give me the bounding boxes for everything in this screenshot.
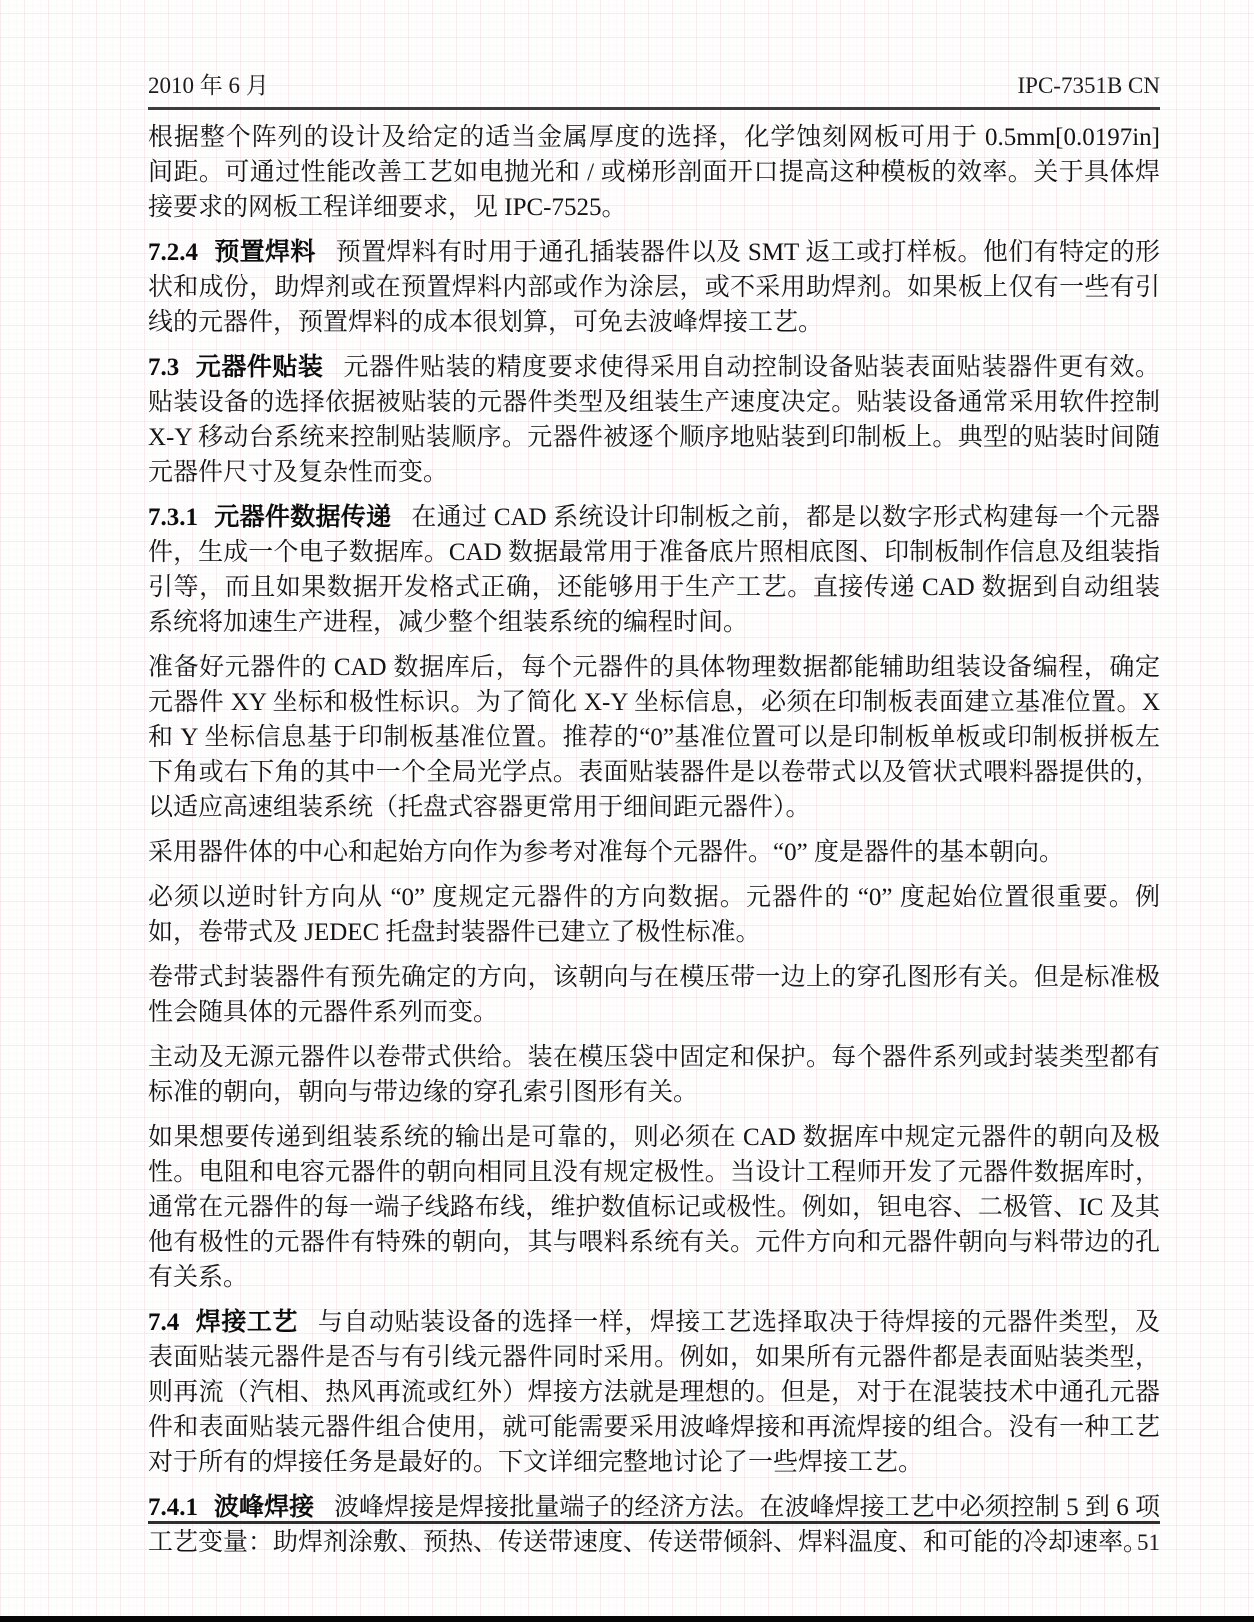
section-7-3: 7.3元器件贴装元器件贴装的精度要求使得采用自动控制设备贴装表面贴装器件更有效。…: [148, 350, 1160, 490]
section-number: 7.4: [148, 1309, 179, 1336]
document-page: 2010 年 6 月 IPC-7351B CN 根据整个阵列的设计及给定的适当金…: [0, 0, 1254, 1622]
paragraph: 主动及无源元器件以卷带式供给。装在模压袋中固定和保护。每个器件系列或封装类型都有…: [148, 1040, 1160, 1110]
section-number: 7.2.4: [148, 239, 198, 266]
paragraph-text: 准备好元器件的 CAD 数据库后，每个元器件的具体物理数据都能辅助组装设备编程，…: [148, 654, 1160, 821]
paragraph-text: 采用器件体的中心和起始方向作为参考对准每个元器件。“0” 度是器件的基本朝向。: [148, 839, 1064, 866]
scan-bottom-edge-bar: [0, 1616, 1254, 1622]
page-header: 2010 年 6 月 IPC-7351B CN: [148, 72, 1160, 100]
paragraph-text: 根据整个阵列的设计及给定的适当金属厚度的选择，化学蚀刻网板可用于 0.5mm[0…: [148, 124, 1160, 221]
paragraph-text: 如果想要传递到组装系统的输出是可靠的，则必须在 CAD 数据库中规定元器件的朝向…: [148, 1124, 1160, 1291]
section-7-2-4: 7.2.4预置焊料预置焊料有时用于通孔插装器件以及 SMT 返工或打样板。他们有…: [148, 235, 1160, 340]
section-title: 元器件数据传递: [214, 504, 391, 531]
section-number: 7.4.1: [148, 1494, 198, 1521]
paragraph: 必须以逆时针方向从 “0” 度规定元器件的方向数据。元器件的 “0” 度起始位置…: [148, 880, 1160, 950]
page-number: 51: [1137, 1530, 1160, 1556]
header-doc-number: IPC-7351B CN: [1018, 72, 1161, 100]
section-7-4-1: 7.4.1波峰焊接波峰焊接是焊接批量端子的经济方法。在波峰焊接工艺中必须控制 5…: [148, 1490, 1160, 1560]
section-title: 波峰焊接: [214, 1494, 314, 1521]
footer-rule: [148, 1521, 1160, 1524]
header-rule: [148, 107, 1160, 110]
section-title: 预置焊料: [214, 239, 316, 266]
section-number: 7.3.1: [148, 504, 198, 531]
section-title: 焊接工艺: [195, 1309, 298, 1336]
header-date: 2010 年 6 月: [148, 72, 269, 100]
paragraph: 采用器件体的中心和起始方向作为参考对准每个元器件。“0” 度是器件的基本朝向。: [148, 835, 1160, 870]
paragraph-text: 卷带式封装器件有预先确定的方向，该朝向与在模压带一边上的穿孔图形有关。但是标准极…: [148, 964, 1160, 1026]
section-title: 元器件贴装: [195, 354, 323, 381]
body-text: 根据整个阵列的设计及给定的适当金属厚度的选择，化学蚀刻网板可用于 0.5mm[0…: [148, 120, 1160, 1560]
section-7-3-1: 7.3.1元器件数据传递在通过 CAD 系统设计印制板之前，都是以数字形式构建每…: [148, 500, 1160, 640]
scanner-noise-marks: ·· ‐- · ·‐ ··· ‐ ·· ‐· ·‐ ·· ‐ · ··‐ ·‐ …: [392, 1546, 582, 1553]
paragraph-text: 主动及无源元器件以卷带式供给。装在模压袋中固定和保护。每个器件系列或封装类型都有…: [148, 1044, 1160, 1106]
paragraph: 根据整个阵列的设计及给定的适当金属厚度的选择，化学蚀刻网板可用于 0.5mm[0…: [148, 120, 1160, 225]
paragraph-text: 与自动贴装设备的选择一样，焊接工艺选择取决于待焊接的元器件类型，及表面贴装元器件…: [148, 1309, 1160, 1476]
page-content: 2010 年 6 月 IPC-7351B CN 根据整个阵列的设计及给定的适当金…: [0, 0, 1254, 1560]
paragraph-text: 必须以逆时针方向从 “0” 度规定元器件的方向数据。元器件的 “0” 度起始位置…: [148, 884, 1160, 946]
paragraph: 准备好元器件的 CAD 数据库后，每个元器件的具体物理数据都能辅助组装设备编程，…: [148, 650, 1160, 825]
paragraph: 卷带式封装器件有预先确定的方向，该朝向与在模压带一边上的穿孔图形有关。但是标准极…: [148, 960, 1160, 1030]
section-number: 7.3: [148, 354, 179, 381]
section-7-4: 7.4焊接工艺与自动贴装设备的选择一样，焊接工艺选择取决于待焊接的元器件类型，及…: [148, 1305, 1160, 1480]
paragraph: 如果想要传递到组装系统的输出是可靠的，则必须在 CAD 数据库中规定元器件的朝向…: [148, 1120, 1160, 1295]
